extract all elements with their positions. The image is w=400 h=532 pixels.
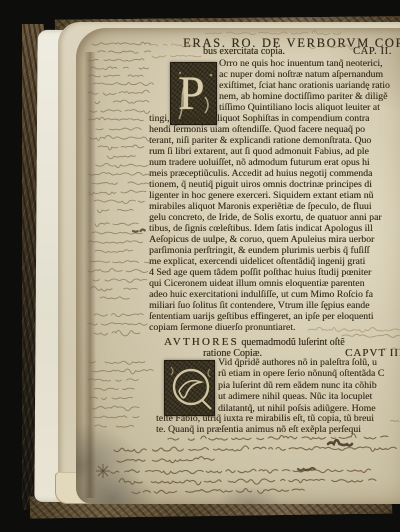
printed-text-line: meis præceptiũculis. Accedit ad huius ne… — [149, 168, 382, 179]
printed-text-line: terant, niſi pariter & explicandi ration… — [149, 135, 382, 146]
printed-paragraph-cap2-indented: Orro ne quis hoc inuentum tanq̃ neoteric… — [219, 58, 390, 113]
section-heading: AVTHORES quemadmodũ luſerint oſtẽ — [164, 336, 345, 348]
printed-paragraph-cap3-indented: Vid q̃pridẽ authores nõ in paleſtra ſolũ… — [218, 357, 384, 414]
decorated-initial-q: Q — [164, 360, 215, 416]
printed-text-line: tingi, & nobiles aliquot Sophiſtas in co… — [149, 113, 382, 124]
printed-text-line: nem, ab homine doctiſſimo pariter & dili… — [219, 91, 390, 102]
printed-text-line: me explicat, exercendi uidelicet oſtentã… — [149, 256, 382, 267]
printed-text-line: miliari ſuo ſolitus ſit contendere, Vtru… — [149, 300, 382, 311]
printed-paragraph-cap2: tingi, & nobiles aliquot Sophiſtas in co… — [149, 113, 382, 333]
printed-text-line: 4 Sed age quem tãdem poſſit poſthac huiu… — [149, 267, 382, 278]
printed-text-line: tiſſimo Quintiliano locis aliquot leuite… — [219, 102, 390, 113]
printed-text-line: ut adimere nihil queas. Nũc ita locuplet — [218, 391, 384, 402]
printed-text-line: copiam ſermone diuerſo pronuntiaret. — [149, 322, 382, 333]
printed-text-line: exiſtimet, ſciat hanc orationis uariandę… — [219, 80, 390, 91]
book-photo: ERAS. RO. DE VERBORVM COPIA bus exercita… — [0, 0, 400, 532]
printed-text-line: Orro ne quis hoc inuentum tanq̃ neoteric… — [219, 58, 390, 69]
section-heading-rest: quemadmodũ luſerint oſtẽ — [241, 337, 344, 348]
printed-text-line: adeo huic exercitationi indulſiſſe, ut c… — [149, 289, 382, 300]
printed-text-line: ligenter in hoc genere exerceri. Siquide… — [149, 190, 382, 201]
printed-text-line: qui Ciceronem uideat illum omnis eloquen… — [149, 278, 382, 289]
catchline: bus exercitata copia. — [203, 46, 285, 57]
printed-text-line: pia luſerint dũ rem eãdem nunc ita cõhib — [218, 380, 384, 391]
printed-text-line: gelu concreto, de Iride, de Solis exortu… — [149, 212, 382, 223]
printed-text-line: ac nuper domi noſtræ natum aſpernandum — [219, 69, 390, 80]
printed-text-line: te. Quanq̃ in præſentia animus nõ eſt ex… — [156, 424, 374, 435]
printed-text-line: hendi ſermonis uiam oſtendiſſe. Quod fac… — [149, 124, 382, 135]
printed-text-line: tibus, de ſignis cœleſtibus. Idem ſatis … — [149, 223, 382, 234]
printed-text-line: parſimonia perſtringit, & eundem plurimi… — [149, 245, 382, 256]
printed-text-line: num tradere uoluiſſet, nõ admodum futuru… — [149, 157, 382, 168]
printed-paragraph-cap3: teſte Fabio, utriq̃ iuxta re mirabilis e… — [156, 413, 374, 435]
gutter-shadow — [84, 52, 96, 498]
printed-text-line: teſte Fabio, utriq̃ iuxta re mirabilis e… — [156, 413, 374, 424]
printed-text-line: Vid q̃pridẽ authores nõ in paleſtra ſolũ… — [218, 357, 384, 368]
printed-text-line: rũ etiam in opere ſerio nõnunq̃ oſtentãd… — [218, 368, 384, 379]
printed-text-line: tionem, q̃ neutiq̃ piguit uiros omnis do… — [149, 179, 382, 190]
printed-text-line: Aeſopicus de uulpe, & coruo, quem Apulei… — [149, 234, 382, 245]
section-heading-word: AVTHORES — [164, 336, 239, 348]
chapter-number-cap2: CAP. II. — [353, 46, 392, 57]
printed-text-line: mirabiles aliquot Maronis experiẽtiæ de … — [149, 201, 382, 212]
woodcut-figure-icon — [165, 361, 216, 417]
printed-text-line: rum ſi libri extarent, aut ſi quod admon… — [149, 146, 382, 157]
printed-text-line: ſententiam uarijs geſtibus effingeret, a… — [149, 311, 382, 322]
